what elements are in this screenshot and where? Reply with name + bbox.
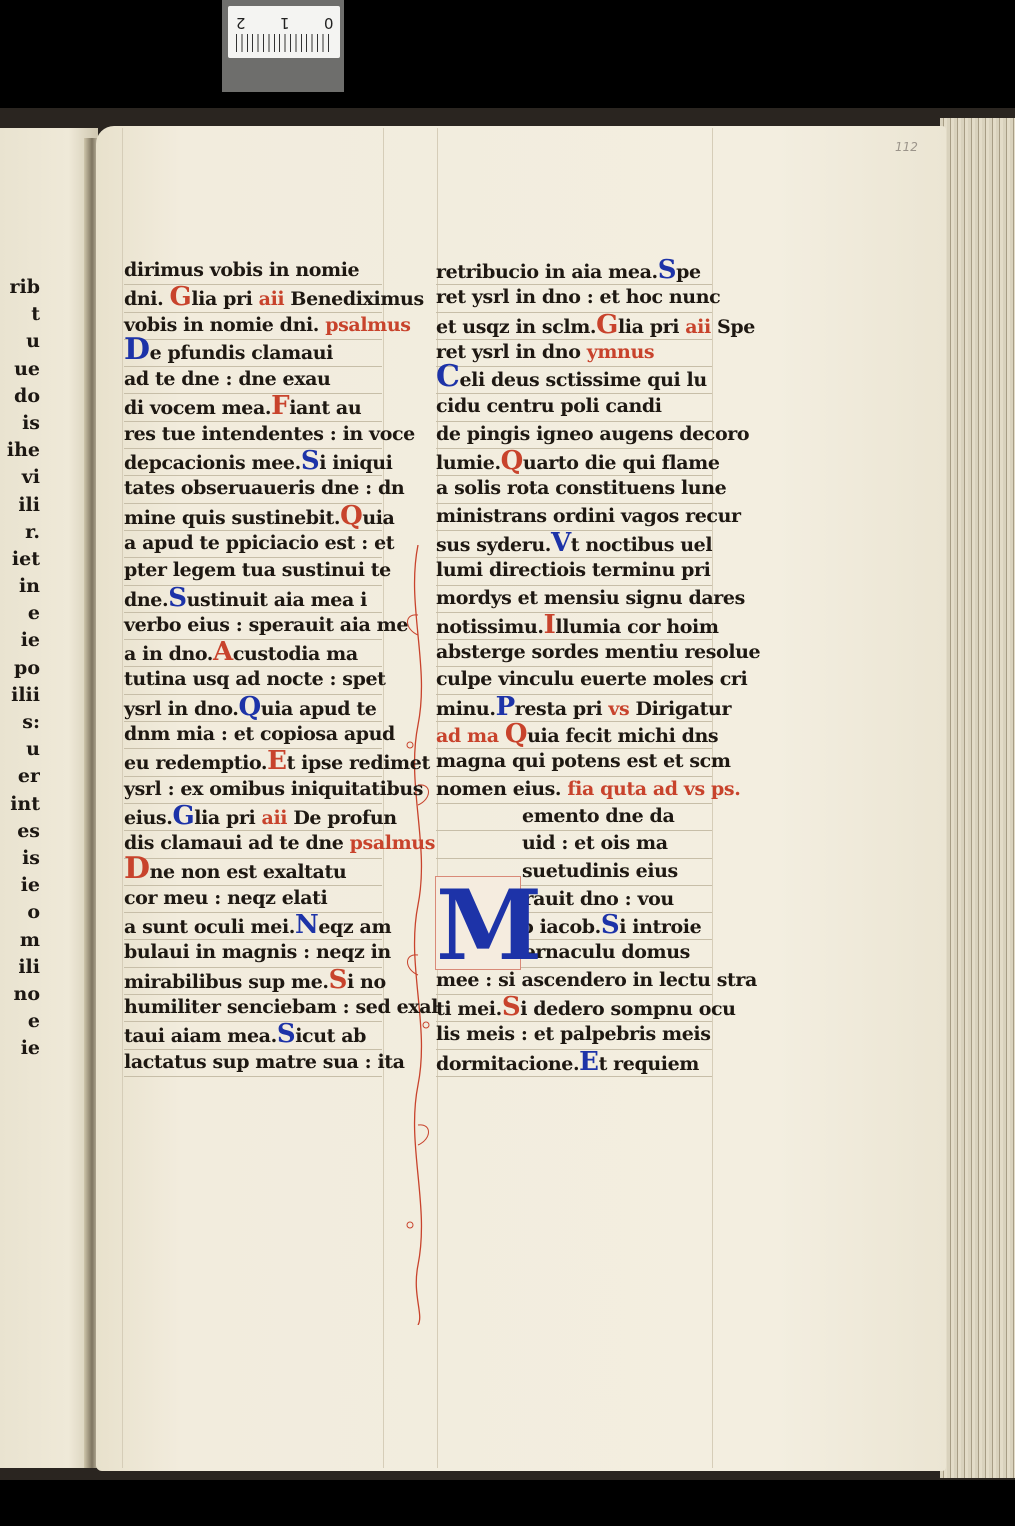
folio-number: 112 (895, 140, 918, 154)
decorated-initial: S (658, 255, 676, 285)
left-page-fragment: iet (0, 546, 40, 573)
text-run: i no (347, 971, 386, 993)
text-run: nomen eius. (436, 778, 567, 800)
text-run: taui aiam mea. (124, 1025, 277, 1047)
text-run: retribucio in aia mea. (436, 261, 658, 283)
text-line: mine quis sustinebit.Quia (124, 504, 382, 531)
text-run: uid : et ois ma (522, 832, 668, 854)
text-line: emento dne da (436, 804, 712, 831)
text-run: ret ysrl in dno : et hoc nunc (436, 286, 720, 308)
text-line: a sunt oculi mei.Neqz am (124, 913, 382, 940)
text-line: magna qui potens est et scm (436, 749, 712, 776)
text-line: ad te dne : dne exau (124, 367, 382, 394)
text-run: dormitacione. (436, 1053, 579, 1075)
decorated-initial: S (601, 910, 619, 940)
text-line: bulaui in magnis : neqz in (124, 940, 382, 967)
text-line: eius.Glia pri aii De profun (124, 804, 382, 831)
text-run: et usqz in sclm. (436, 316, 596, 338)
text-run: verbo eius : sperauit aia me (124, 614, 408, 636)
text-run: suetudinis eius (522, 860, 678, 882)
rubric: ad ma (436, 725, 505, 747)
decorated-initial: C (436, 359, 459, 394)
text-line: humiliter senciebam : sed exal (124, 995, 382, 1022)
left-page-fragment: t (0, 301, 40, 328)
text-line: uid : et ois ma (436, 831, 712, 858)
left-page-fragment: in (0, 573, 40, 600)
text-run: res tue intendentes : in voce (124, 423, 415, 445)
text-run: eli deus sctissime qui lu (459, 369, 706, 391)
left-page-fragment: s: (0, 709, 40, 736)
rubric: ymnus (587, 341, 654, 363)
text-run: lia pri (618, 316, 679, 338)
ruler-label: 2 (236, 14, 246, 32)
ruler-label: 0 (324, 14, 334, 32)
decorated-initial: S (301, 446, 319, 476)
left-page-fragment: po (0, 655, 40, 682)
text-line: tutina usq ad nocte : spet (124, 667, 382, 694)
text-run: dni. (124, 288, 170, 310)
text-line: eu redemptio.Et ipse redimet (124, 749, 382, 776)
left-page-fragment: rib (0, 274, 40, 301)
text-run: absterge sordes mentiu resolue (436, 641, 760, 663)
decorated-initial: Q (505, 719, 527, 749)
ruler-label: 1 (280, 14, 290, 32)
decorated-initial: Q (501, 446, 523, 476)
left-page-fragment: no (0, 981, 40, 1008)
decorated-initial: S (329, 965, 347, 995)
text-run: a apud te ppiciacio est : et (124, 532, 394, 554)
text-run: pe (676, 261, 701, 283)
decorated-initial: V (551, 528, 571, 558)
text-line: retribucio in aia mea.Spe (436, 258, 712, 285)
text-line: depcacionis mee.Si iniqui (124, 449, 382, 476)
text-line: a solis rota constituens lune (436, 476, 712, 503)
text-line: ysrl : ex omibus iniquitatibus (124, 777, 382, 804)
left-page-fragment: ue (0, 356, 40, 383)
rubric: aii (255, 807, 293, 829)
ruler-ticks (236, 34, 332, 52)
text-line: ministrans ordini vagos recur (436, 504, 712, 531)
text-run: icut ab (295, 1025, 366, 1047)
text-run: dirimus vobis in nomie (124, 259, 359, 281)
left-page-fragment: ilii (0, 682, 40, 709)
text-run: i dedero sompnu ocu (520, 998, 735, 1020)
text-line: a apud te ppiciacio est : et (124, 531, 382, 558)
text-line: mordys et mensiu signu dares (436, 586, 712, 613)
text-run: dne. (124, 589, 168, 611)
rubric: aii (679, 316, 717, 338)
rubric: psalmus (350, 832, 435, 854)
left-page-text-fragments: ribtuuedoisiheviilir.ietineiepoiliis:uer… (0, 274, 40, 1062)
left-page-fragment: vi (0, 464, 40, 491)
text-run: eqz am (318, 916, 391, 938)
decorated-initial: Q (340, 501, 362, 531)
rubric: aii (252, 288, 290, 310)
text-run: mordys et mensiu signu dares (436, 587, 745, 609)
text-run: ustinuit aia mea i (187, 589, 367, 611)
decorated-initial: P (496, 692, 515, 722)
left-page-fragment: ihe (0, 437, 40, 464)
text-run: ysrl : ex omibus iniquitatibus (124, 778, 423, 800)
left-page-fragment: is (0, 845, 40, 872)
text-line: Dne non est exaltatu (124, 859, 382, 886)
text-line: lumie.Quarto die qui flame (436, 449, 712, 476)
left-page-fragment: int (0, 791, 40, 818)
text-line: Celi deus sctissime qui lu (436, 367, 712, 394)
text-run: eu redemptio. (124, 752, 267, 774)
text-run: pter legem tua sustinui te (124, 559, 391, 581)
text-line: dne.Sustinuit aia mea i (124, 586, 382, 613)
text-line: dnm mia : et copiosa apud (124, 722, 382, 749)
left-page-fragment: ie (0, 872, 40, 899)
text-run: eius. (124, 807, 172, 829)
left-page-fragment: do (0, 383, 40, 410)
text-line: verbo eius : sperauit aia me (124, 613, 382, 640)
decorated-initial: E (579, 1047, 598, 1077)
decorated-initial: I (544, 610, 556, 640)
text-run: cidu centru poli candi (436, 395, 662, 417)
text-run: mine quis sustinebit. (124, 507, 340, 529)
text-line: nomen eius. fia quta ad vs ps. (436, 777, 712, 804)
decorated-initial: S (168, 583, 186, 613)
text-run: i introie (619, 916, 701, 938)
text-run: ysrl in dno. (124, 698, 238, 720)
left-page-fragment: r. (0, 519, 40, 546)
text-run: magna qui potens est et scm (436, 750, 731, 772)
decorated-initial: D (124, 332, 150, 367)
text-run: iant au (289, 397, 361, 419)
decorated-initial: S (502, 992, 520, 1022)
text-run: uarto die qui flame (523, 452, 720, 474)
rubric: fia quta ad vs ps. (567, 778, 740, 800)
left-page-fragment: is (0, 410, 40, 437)
text-line: sus syderu.Vt noctibus uel (436, 531, 712, 558)
rubric: vs (602, 698, 635, 720)
decorated-initial: Q (238, 692, 260, 722)
text-line: ret ysrl in dno : et hoc nunc (436, 285, 712, 312)
rubric: psalmus (325, 314, 410, 336)
text-line: notissimu.Illumia cor hoim (436, 613, 712, 640)
decorated-initial: G (172, 801, 194, 831)
text-line: de pingis igneo augens decoro (436, 422, 712, 449)
text-line: cor meu : neqz elati (124, 886, 382, 913)
decorated-initial: F (271, 391, 289, 421)
decorated-initial: G (170, 282, 192, 312)
text-run: uia fecit michi dns (527, 725, 718, 747)
decorated-initial: A (213, 637, 233, 667)
text-run: sus syderu. (436, 534, 551, 556)
left-page-fragment: u (0, 328, 40, 355)
text-run: culpe vinculu euerte moles cri (436, 668, 747, 690)
text-line: a in dno.Acustodia ma (124, 640, 382, 667)
text-run: resta pri (515, 698, 602, 720)
text-run: notissimu. (436, 616, 544, 638)
text-run: depcacionis mee. (124, 452, 301, 474)
text-line: lactatus sup matre sua : ita (124, 1050, 382, 1077)
text-run: de pingis igneo augens decoro (436, 423, 749, 445)
text-run: e pfundis clamaui (150, 342, 333, 364)
decorated-initial: S (277, 1019, 295, 1049)
text-run: a in dno. (124, 643, 213, 665)
text-line: absterge sordes mentiu resolue (436, 640, 712, 667)
text-run: llumia cor hoim (555, 616, 718, 638)
text-line: ysrl in dno.Quia apud te (124, 695, 382, 722)
illuminated-initial-m: M (435, 876, 521, 970)
text-line: ret ysrl in dno ymnus (436, 340, 712, 367)
left-page-fragment: ili (0, 492, 40, 519)
page-block-edges (940, 118, 1015, 1478)
text-line: lumi directiois terminu pri (436, 558, 712, 585)
left-page-fragment: e (0, 1008, 40, 1035)
text-line: dni. Glia pri aii Benediximus (124, 285, 382, 312)
text-line: dis clamaui ad te dne psalmus (124, 831, 382, 858)
text-line: ti mei.Si dedero sompnu ocu (436, 995, 712, 1022)
text-run: uia apud te (261, 698, 377, 720)
text-line: mirabilibus sup me.Si no (124, 968, 382, 995)
ruler-card: 2 1 0 (228, 6, 340, 58)
text-run: ad te dne : dne exau (124, 368, 330, 390)
left-page-fragment: m (0, 927, 40, 954)
text-run: lis meis : et palpebris meis (436, 1023, 711, 1045)
text-run: lumie. (436, 452, 501, 474)
text-run: a sunt oculi mei. (124, 916, 295, 938)
text-line: culpe vinculu euerte moles cri (436, 667, 712, 694)
text-run: mirabilibus sup me. (124, 971, 329, 993)
text-run: cor meu : neqz elati (124, 887, 327, 909)
text-run: Benediximus (290, 288, 423, 310)
text-line: et usqz in sclm.Glia pri aii Spe (436, 313, 712, 340)
decorated-initial: D (124, 851, 150, 886)
text-run: humiliter senciebam : sed exal (124, 996, 438, 1018)
text-line: vobis in nomie dni. psalmus (124, 313, 382, 340)
decorated-initial: N (295, 910, 318, 940)
left-page-fragment: es (0, 818, 40, 845)
text-line: tates obseruaueris dne : dn (124, 476, 382, 503)
text-run: t ipse redimet (287, 752, 430, 774)
text-run: i iniqui (319, 452, 392, 474)
left-page-fragment: ie (0, 1035, 40, 1062)
ruling-line (122, 128, 123, 1468)
text-run: Dirigatur (636, 698, 732, 720)
text-run: di vocem mea. (124, 397, 271, 419)
text-run: Spe (717, 316, 755, 338)
text-run: t noctibus uel (571, 534, 712, 556)
text-run: emento dne da (522, 805, 674, 827)
text-line: dirimus vobis in nomie (124, 258, 382, 285)
text-line: cidu centru poli candi (436, 394, 712, 421)
text-run: dis clamaui ad te dne (124, 832, 350, 854)
left-page-fragment: ie (0, 627, 40, 654)
decorated-initial: G (596, 310, 618, 340)
text-line: ad ma Quia fecit michi dns (436, 722, 712, 749)
text-line: lis meis : et palpebris meis (436, 1022, 712, 1049)
decorated-initial: E (267, 746, 286, 776)
text-run: vobis in nomie dni. (124, 314, 325, 336)
text-column-left: dirimus vobis in nomiedni. Glia pri aii … (124, 258, 382, 1077)
text-run: lumi directiois terminu pri (436, 559, 711, 581)
text-run: ti mei. (436, 998, 502, 1020)
text-run: bulaui in magnis : neqz in (124, 941, 391, 963)
text-run: a solis rota constituens lune (436, 477, 726, 499)
penwork-border-flourish (400, 545, 436, 1325)
text-run: lia pri (191, 288, 252, 310)
text-run: ministrans ordini vagos recur (436, 505, 741, 527)
text-run: lia pri (194, 807, 255, 829)
text-run: lactatus sup matre sua : ita (124, 1051, 405, 1073)
text-run: dnm mia : et copiosa apud (124, 723, 395, 745)
left-page-fragment: o (0, 899, 40, 926)
text-line: taui aiam mea.Sicut ab (124, 1022, 382, 1049)
text-run: uia (362, 507, 394, 529)
text-line: pter legem tua sustinui te (124, 558, 382, 585)
text-run: tutina usq ad nocte : spet (124, 668, 386, 690)
text-run: tates obseruaueris dne : dn (124, 477, 404, 499)
text-line: res tue intendentes : in voce (124, 422, 382, 449)
left-page-fragment: e (0, 600, 40, 627)
text-run: minu. (436, 698, 496, 720)
text-run: ne non est exaltatu (150, 861, 347, 883)
left-page-fragment: u (0, 736, 40, 763)
text-run: custodia ma (233, 643, 358, 665)
text-line: dormitacione.Et requiem (436, 1050, 712, 1077)
left-page-fragment: er (0, 763, 40, 790)
text-line: di vocem mea.Fiant au (124, 394, 382, 421)
text-run: t requiem (599, 1053, 699, 1075)
text-line: minu.Presta pri vs Dirigatur (436, 695, 712, 722)
text-run: De profun (293, 807, 396, 829)
color-scale-ruler: 2 1 0 (222, 0, 344, 92)
text-line: De pfundis clamaui (124, 340, 382, 367)
left-page-fragment: ili (0, 954, 40, 981)
